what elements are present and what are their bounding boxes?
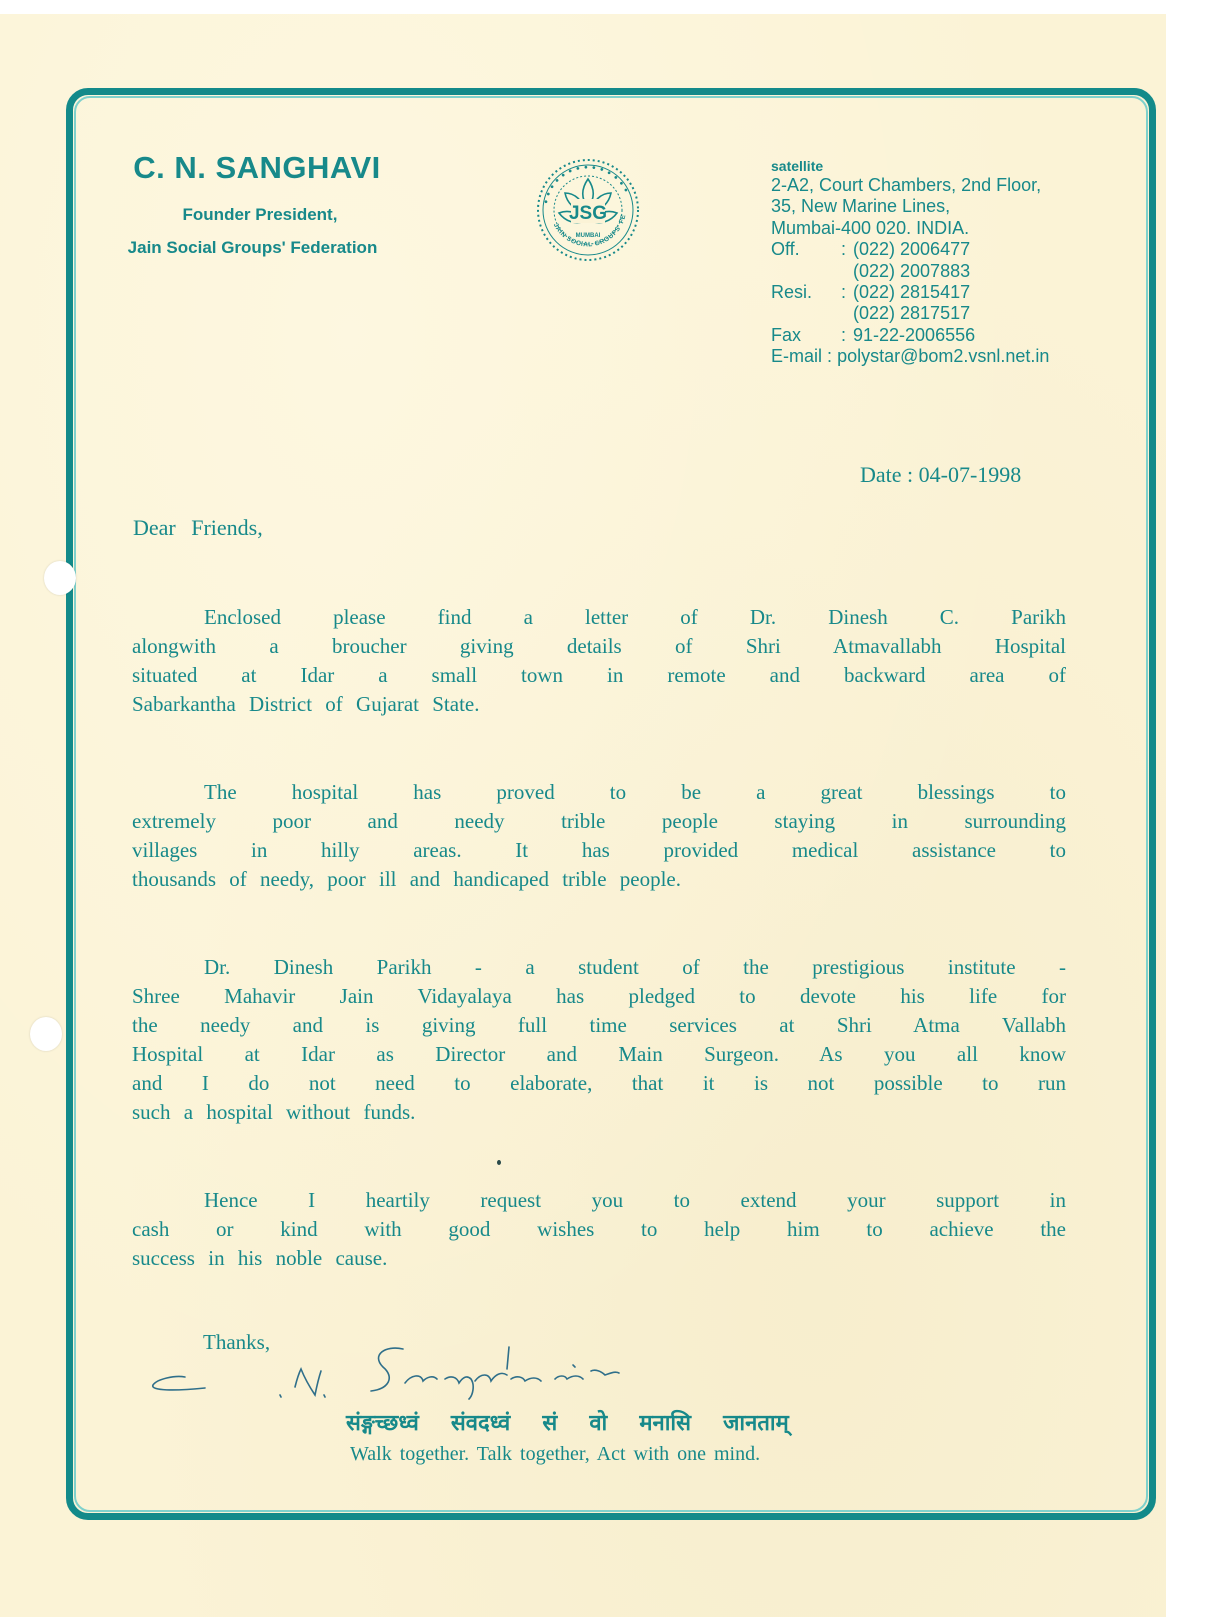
email-label: E-mail: [771, 346, 822, 366]
date-label: Date: [860, 462, 902, 487]
paper-speck: [497, 1160, 501, 1165]
paragraph-line: thousands of needy, poor ill and handica…: [132, 865, 1066, 894]
paragraph-line: and I do not need to elaborate, that it …: [132, 1069, 1066, 1098]
email-address: polystar@bom2.vsnl.net.in: [837, 346, 1049, 366]
sender-title: Founder President,: [150, 205, 370, 225]
sender-address-block: satellite 2-A2, Court Chambers, 2nd Floo…: [771, 157, 1049, 368]
residence-phone: (022) 2817517: [853, 303, 970, 323]
paragraph-line: Shree Mahavir Jain Vidayalaya has pledge…: [132, 982, 1066, 1011]
residence-phone-row: (022) 2817517: [771, 303, 1049, 324]
paragraph-line: Hospital at Idar as Director and Main Su…: [132, 1040, 1066, 1069]
address-line: Mumbai-400 020. INDIA.: [771, 218, 1049, 239]
paragraph-line: cash or kind with good wishes to help hi…: [132, 1215, 1066, 1244]
separator: :: [841, 239, 853, 260]
paragraph-line: Dr. Dinesh Parikh - a student of the pre…: [132, 953, 1066, 982]
office-phone: (022) 2006477: [853, 239, 970, 259]
sender-name: C. N. SANGHAVI: [112, 150, 402, 186]
paragraph-line: Hence I heartily request you to extend y…: [132, 1186, 1066, 1215]
address-label: satellite: [771, 157, 1049, 175]
residence-phone: (022) 2815417: [853, 282, 970, 302]
office-label: Off.: [771, 239, 841, 260]
body-paragraph: Hence I heartily request you to extend y…: [132, 1186, 1066, 1273]
paragraph-line: the needy and is giving full time servic…: [132, 1011, 1066, 1040]
fax-label: Fax: [771, 325, 841, 346]
paragraph-line: Enclosed please find a letter of Dr. Din…: [132, 603, 1066, 632]
fax-number: 91-22-2006556: [853, 325, 975, 345]
office-phone-row: (022) 2007883: [771, 261, 1049, 282]
body-paragraph: Enclosed please find a letter of Dr. Din…: [132, 603, 1066, 719]
svg-text:JSG: JSG: [569, 203, 607, 224]
punch-hole: [44, 561, 76, 595]
paragraph-line: success in his noble cause.: [132, 1244, 1066, 1273]
date-separator: :: [907, 462, 913, 487]
residence-phone-row: Resi.:(022) 2815417: [771, 282, 1049, 303]
office-phone-row: Off.:(022) 2006477: [771, 239, 1049, 260]
punch-hole: [30, 1017, 62, 1051]
paragraph-line: such a hospital without funds.: [132, 1098, 1066, 1127]
separator: :: [827, 346, 832, 366]
paragraph-line: The hospital has proved to be a great bl…: [132, 778, 1066, 807]
jsg-emblem-icon: JSG MUMBAI ● ● ● ● ● ● ● ● ● ● ● ● ● ● J…: [535, 157, 641, 263]
paragraph-line: alongwith a broucher giving details of S…: [132, 632, 1066, 661]
residence-label: Resi.: [771, 282, 841, 303]
salutation: Dear Friends,: [133, 515, 263, 541]
paragraph-line: extremely poor and needy trible people s…: [132, 807, 1066, 836]
date-value: 04-07-1998: [919, 462, 1022, 487]
paragraph-line: Sabarkantha District of Gujarat State.: [132, 690, 1066, 719]
address-line: 35, New Marine Lines,: [771, 196, 1049, 217]
letter-date: Date : 04-07-1998: [860, 462, 1021, 488]
paragraph-line: villages in hilly areas. It has provided…: [132, 836, 1066, 865]
separator: :: [841, 325, 853, 346]
paragraph-line: situated at Idar a small town in remote …: [132, 661, 1066, 690]
email-row: E-mail : polystar@bom2.vsnl.net.in: [771, 346, 1049, 367]
fax-row: Fax:91-22-2006556: [771, 325, 1049, 346]
svg-text:MUMBAI: MUMBAI: [576, 233, 601, 239]
sender-organization: Jain Social Groups' Federation: [100, 238, 405, 258]
handwritten-signature: [145, 1335, 685, 1410]
motto-hindi: संङ्गच्छध्वं संवदध्वं सं वो मनासि जानताम…: [346, 1407, 876, 1437]
motto-english: Walk together. Talk together, Act with o…: [350, 1443, 760, 1466]
body-paragraph: Dr. Dinesh Parikh - a student of the pre…: [132, 953, 1066, 1127]
office-phone: (022) 2007883: [853, 261, 970, 281]
address-line: 2-A2, Court Chambers, 2nd Floor,: [771, 175, 1049, 196]
separator: :: [841, 282, 853, 303]
body-paragraph: The hospital has proved to be a great bl…: [132, 778, 1066, 894]
